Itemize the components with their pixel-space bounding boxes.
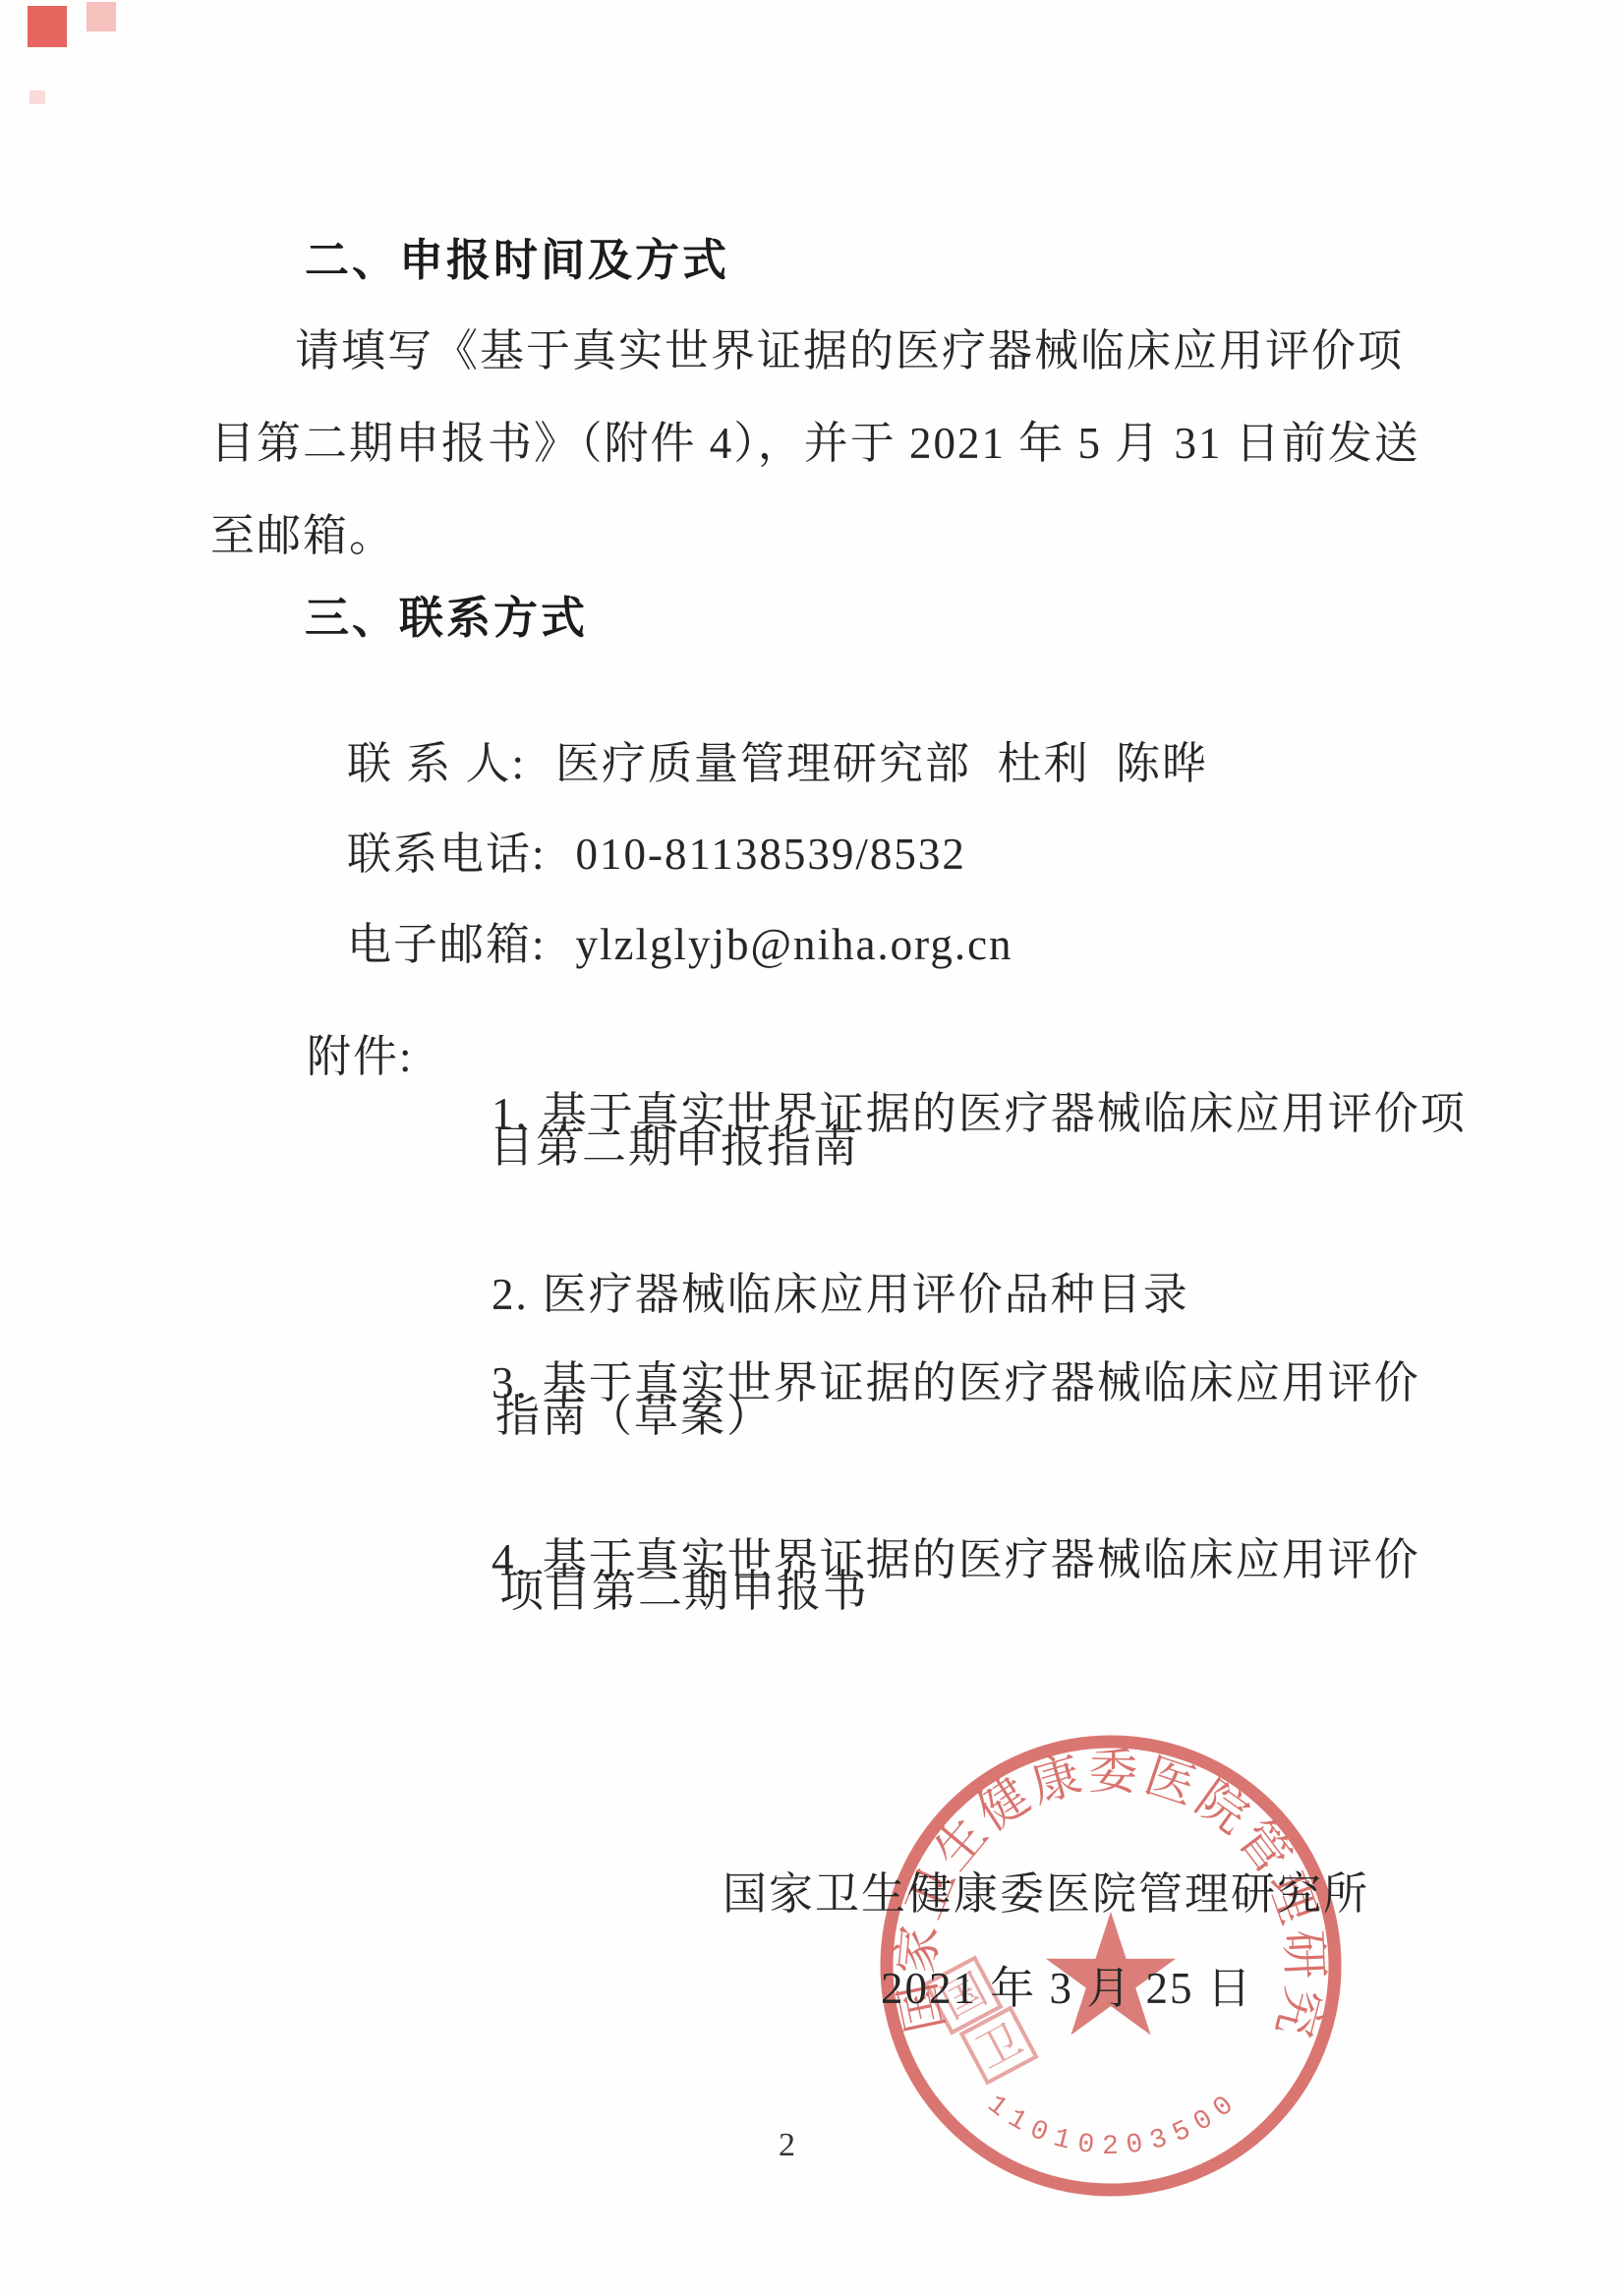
contact-email-row: 电子邮箱:ylzlglyjb@niha.org.cn xyxy=(295,859,1013,1030)
page-number: 2 xyxy=(779,2117,795,2174)
attachment-text: 目第二期申报指南 xyxy=(490,1119,859,1176)
scan-artifact xyxy=(28,6,67,47)
signing-organization: 国家卫生健康委医院管理研究所 xyxy=(723,1865,1369,1923)
attachments-label: 附件: xyxy=(307,1028,414,1085)
scan-artifact xyxy=(87,2,116,31)
document-page: 二、申报时间及方式 请填写《基于真实世界证据的医疗器械临床应用评价项 目第二期申… xyxy=(0,0,1620,2296)
attachment-text: 项目第二期申报书 xyxy=(499,1563,869,1620)
contact-email-value: ylzlglyjb@niha.org.cn xyxy=(576,916,1013,973)
signing-date: 2021 年 3 月 25 日 xyxy=(881,1960,1253,2017)
paragraph-line: 至邮箱。 xyxy=(210,507,395,564)
section-2-heading: 二、申报时间及方式 xyxy=(305,232,729,289)
attachment-text: 指南（草案） xyxy=(495,1388,773,1445)
contact-email-label: 电子邮箱: xyxy=(347,916,547,973)
section-3-heading: 三、联系方式 xyxy=(305,590,588,647)
scan-artifact xyxy=(29,90,45,104)
paragraph-line: 目第二期申报书》（附件 4），并于 2021 年 5 月 31 日前发送 xyxy=(210,415,1420,472)
paragraph-line: 请填写《基于真实世界证据的医疗器械临床应用评价项 xyxy=(295,322,1404,379)
